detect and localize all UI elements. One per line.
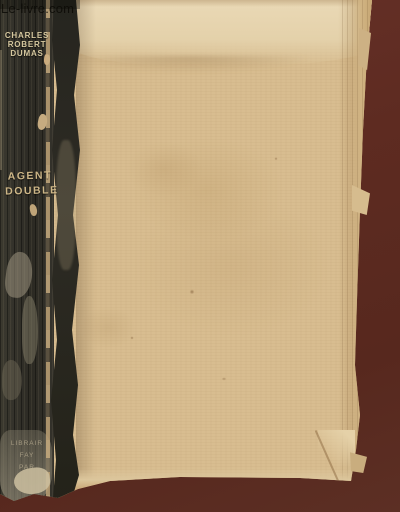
spine-publisher-line: FAY [3,450,51,462]
torn-edge-flap [358,28,371,70]
gutter-shadow [76,0,96,512]
spine-author-line: ROBERT [4,40,50,49]
spine-worn-patch [22,296,38,364]
joint-worn-patch [56,140,76,270]
site-watermark: Le-livre.com [1,1,74,16]
spine-author-line: DUMAS [4,49,50,58]
spine-publisher-line: PAR [3,462,51,474]
torn-edge-flap [350,450,367,473]
spine-publisher-text: LIBRAIR FAY PAR [3,438,51,474]
spine-edge-highlight [0,50,2,170]
book: CHARLES ROBERT DUMAS AGENT DOUBLE LIBRAI… [0,0,400,512]
spine-crack-line [46,0,50,512]
corner-curl [318,430,355,480]
spine-title-line: DOUBLE [5,183,55,199]
spine-publisher-line: LIBRAIR [3,438,51,450]
spine-worn-patch [3,250,35,299]
spine-title-line: AGENT [5,168,55,184]
torn-edge-flap [352,185,370,215]
spine-author-line: CHARLES [4,31,50,40]
spine-tear [29,204,38,217]
spine-author-name: CHARLES ROBERT DUMAS [4,31,50,58]
photo-background: CHARLES ROBERT DUMAS AGENT DOUBLE LIBRAI… [0,0,400,512]
spine-book-title: AGENT DOUBLE [5,168,56,199]
spine-worn-patch [2,360,22,400]
page-bottom-edge-line [58,492,400,498]
